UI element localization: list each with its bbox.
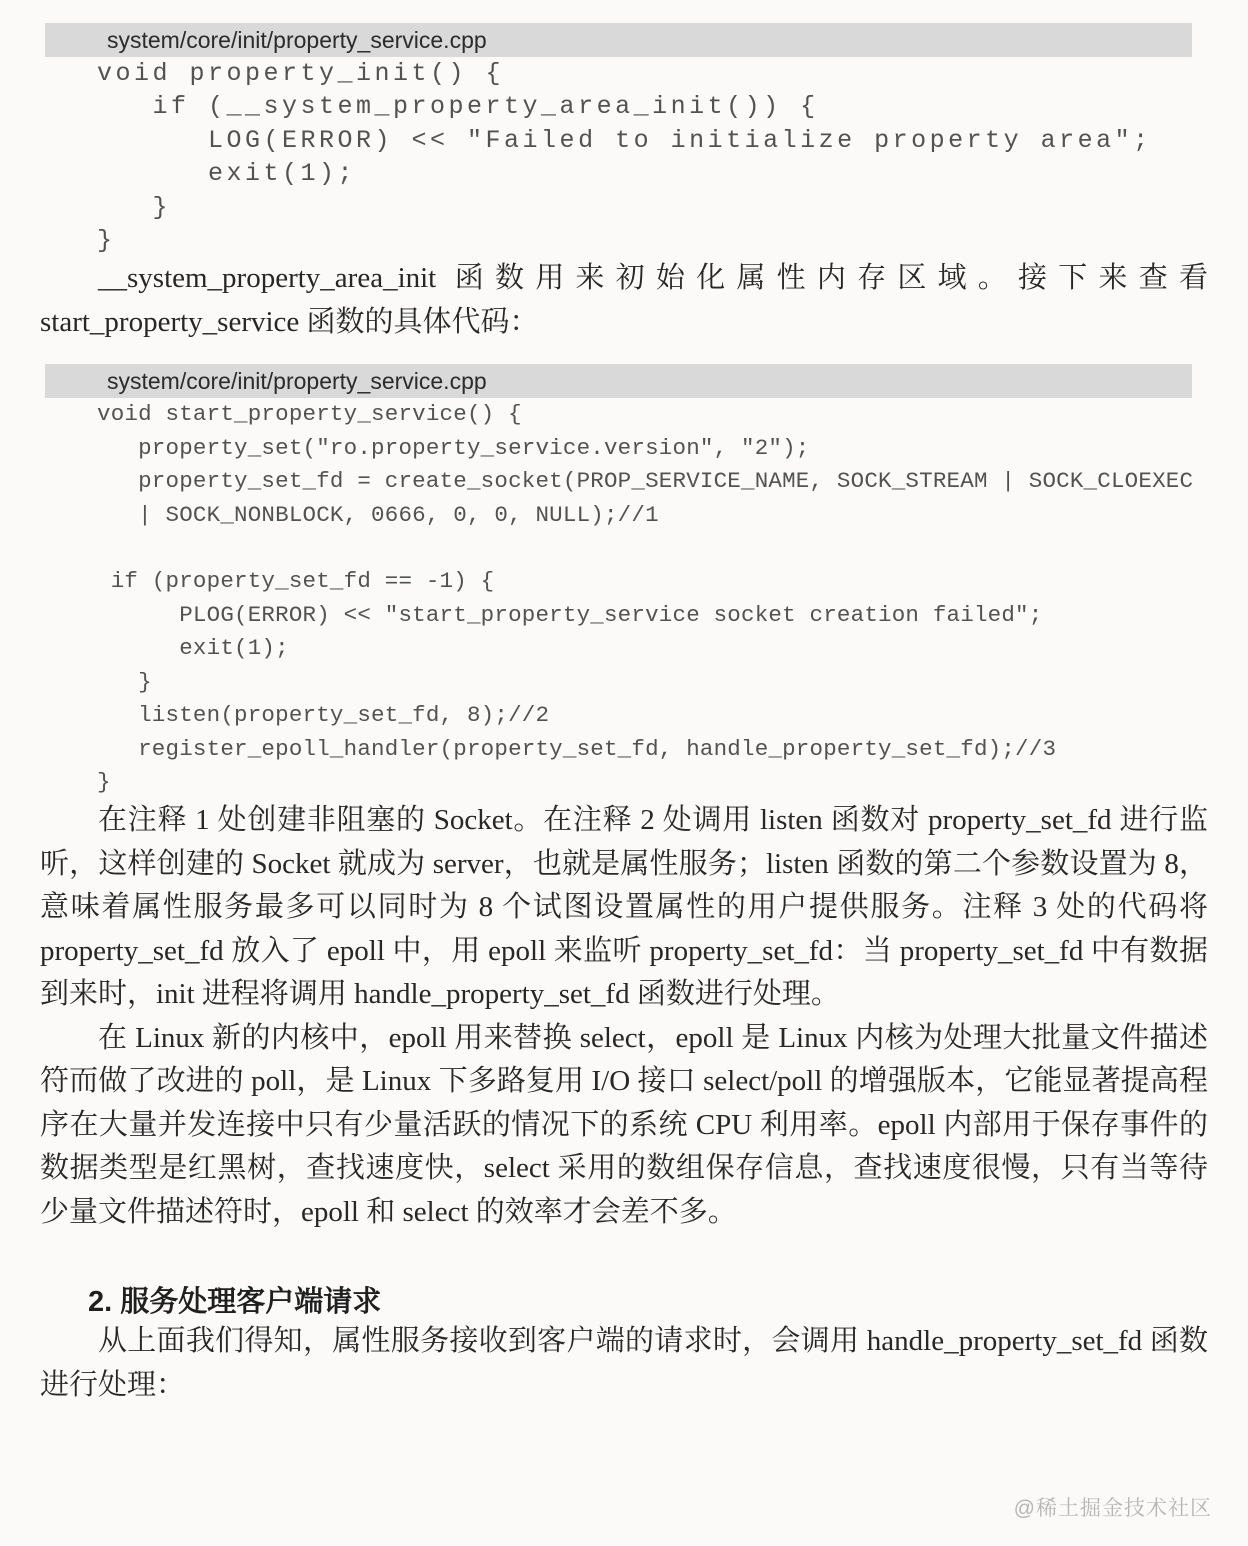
code-block-start-property-service: void start_property_service() { property…	[40, 398, 1208, 799]
code-file-header: system/core/init/property_service.cpp	[45, 23, 1192, 57]
paragraph: __system_property_area_init 函数用来初始化属性内存区…	[40, 257, 1208, 344]
code-file-header: system/core/init/property_service.cpp	[45, 364, 1192, 398]
watermark: @稀土掘金技术社区	[1014, 1492, 1212, 1522]
paragraph: 从上面我们得知，属性服务接收到客户端的请求时，会调用 handle_proper…	[40, 1320, 1208, 1407]
code-block-property-init: void property_init() { if (__system_prop…	[40, 57, 1208, 257]
section-heading: 2. 服务处理客户端请求	[88, 1279, 1208, 1320]
paragraph: 在 Linux 新的内核中，epoll 用来替换 select，epoll 是 …	[40, 1017, 1208, 1235]
paragraph: 在注释 1 处创建非阻塞的 Socket。在注释 2 处调用 listen 函数…	[40, 799, 1208, 1017]
book-page: system/core/init/property_service.cpp vo…	[0, 0, 1248, 1546]
